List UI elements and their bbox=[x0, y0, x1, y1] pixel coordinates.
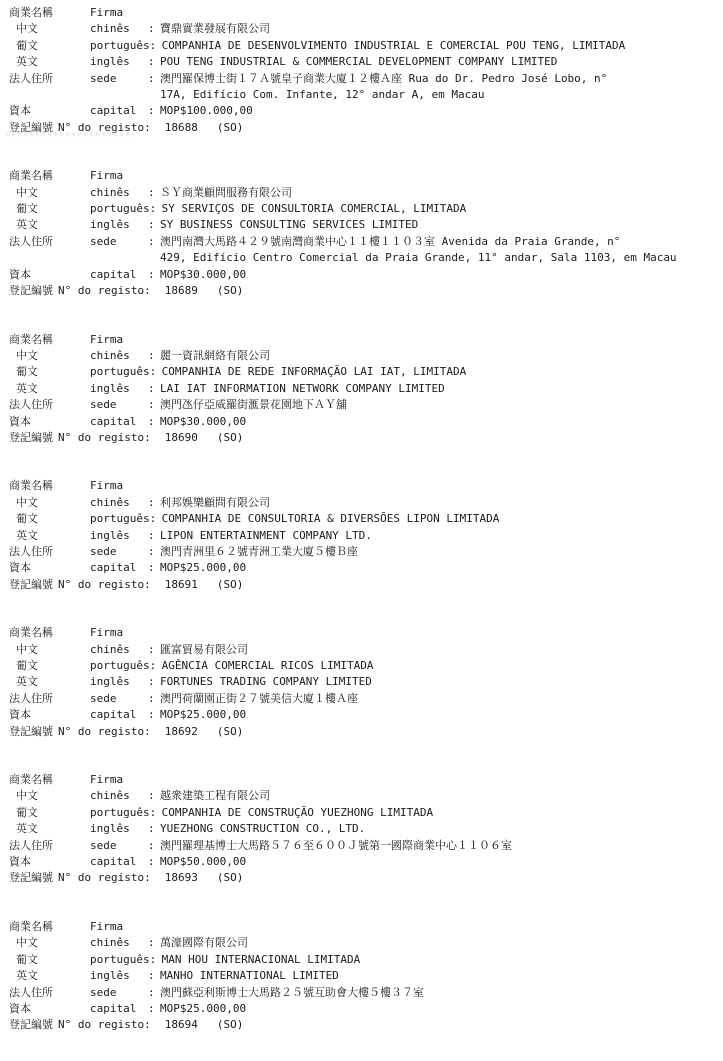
registration-number-row: 登記編號 N° do registo: 18691 (SO) bbox=[0, 577, 723, 593]
capital-row: 資本 capital : MOP$30.000,00 bbox=[0, 267, 723, 283]
label-registo-zh: 登記編號 bbox=[0, 724, 53, 740]
registered-office-address: 澳門青洲里６２號青洲工業大廈５樓Ｂ座 bbox=[160, 544, 723, 560]
company-name-english: FORTUNES TRADING COMPANY LIMITED bbox=[160, 674, 723, 690]
colon-separator: : bbox=[148, 185, 160, 201]
label-english-zh: 英文 bbox=[0, 54, 90, 70]
label-chinese-pt: chinês bbox=[90, 185, 148, 201]
company-name-chinese: 寶鼎實業發展有限公司 bbox=[160, 21, 723, 37]
label-firm-zh: 商業名稱 bbox=[0, 332, 90, 348]
capital-row: 資本 capital : MOP$25.000,00 bbox=[0, 707, 723, 723]
company-name-portuguese: COMPANHIA DE CONSTRUÇÃO YUEZHONG LIMITAD… bbox=[162, 805, 723, 821]
label-english-pt: inglês bbox=[90, 968, 148, 984]
portuguese-name-row: 葡文 português : COMPANHIA DE DESENVOLVIME… bbox=[0, 38, 723, 54]
registered-office-row: 法人住所 sede : 澳門青洲里６２號青洲工業大廈５樓Ｂ座 bbox=[0, 544, 723, 560]
gazette-page: 商業名稱 Firma 中文 chinês : 寶鼎實業發展有限公司 葡文 por… bbox=[0, 0, 723, 1034]
company-name-chinese: ＳＹ商業顧問服務有限公司 bbox=[160, 185, 723, 201]
colon-separator: : bbox=[150, 805, 162, 821]
label-sede-pt: sede bbox=[90, 397, 148, 413]
company-name-english: LAI IAT INFORMATION NETWORK COMPANY LIMI… bbox=[160, 381, 723, 397]
company-registration-entry: 商業名稱 Firma 中文 chinês : ＳＹ商業顧問服務有限公司 葡文 p… bbox=[0, 168, 723, 299]
label-registo-zh: 登記編號 bbox=[0, 577, 53, 593]
company-name-english: SY BUSINESS CONSULTING SERVICES LIMITED bbox=[160, 217, 723, 233]
label-chinese-zh: 中文 bbox=[0, 788, 90, 804]
registration-suffix: (SO) bbox=[217, 1017, 244, 1033]
company-name-english: POU TENG INDUSTRIAL & COMMERCIAL DEVELOP… bbox=[160, 54, 723, 70]
colon-separator: : bbox=[148, 788, 160, 804]
colon-separator: : bbox=[148, 838, 160, 854]
registration-suffix: (SO) bbox=[217, 120, 244, 136]
label-english-zh: 英文 bbox=[0, 674, 90, 690]
label-capital-zh: 資本 bbox=[0, 707, 90, 723]
colon-separator: : bbox=[148, 560, 160, 576]
label-capital-pt: capital bbox=[90, 1001, 148, 1017]
registration-number: 18688 bbox=[165, 120, 198, 136]
label-sede-pt: sede bbox=[90, 234, 148, 250]
company-name-portuguese: COMPANHIA DE REDE INFORMAÇÃO LAI IAT, LI… bbox=[162, 364, 723, 380]
label-registo-zh: 登記編號 bbox=[0, 283, 53, 299]
colon-separator: : bbox=[148, 71, 160, 87]
chinese-name-row: 中文 chinês : 寶鼎實業發展有限公司 bbox=[0, 21, 723, 37]
label-firm-zh: 商業名稱 bbox=[0, 5, 90, 21]
label-capital-zh: 資本 bbox=[0, 560, 90, 576]
registration-number: 18690 bbox=[165, 430, 198, 446]
capital-amount: MOP$50.000,00 bbox=[160, 854, 723, 870]
label-portuguese-pt: português bbox=[90, 658, 150, 674]
colon-separator: : bbox=[148, 642, 160, 658]
label-portuguese-zh: 葡文 bbox=[0, 511, 90, 527]
label-portuguese-zh: 葡文 bbox=[0, 38, 90, 54]
registered-office-row-continuation: 17A, Edifício Com. Infante, 12° andar A,… bbox=[0, 87, 723, 103]
label-portuguese-pt: português bbox=[90, 952, 150, 968]
label-firm-pt: Firma bbox=[90, 625, 148, 641]
english-name-row: 英文 inglês : SY BUSINESS CONSULTING SERVI… bbox=[0, 217, 723, 233]
label-capital-zh: 資本 bbox=[0, 1001, 90, 1017]
company-registration-entry: 商業名稱 Firma 中文 chinês : 萬濠國際有限公司 葡文 portu… bbox=[0, 919, 723, 1034]
label-chinese-pt: chinês bbox=[90, 788, 148, 804]
colon-separator: : bbox=[148, 234, 160, 250]
capital-amount: MOP$25.000,00 bbox=[160, 1001, 723, 1017]
label-chinese-pt: chinês bbox=[90, 348, 148, 364]
label-chinese-pt: chinês bbox=[90, 495, 148, 511]
label-portuguese-pt: português bbox=[90, 201, 150, 217]
label-chinese-zh: 中文 bbox=[0, 935, 90, 951]
label-firm-zh: 商業名稱 bbox=[0, 478, 90, 494]
label-registo-pt: N° do registo: bbox=[58, 430, 151, 446]
colon-separator: : bbox=[148, 1001, 160, 1017]
label-capital-zh: 資本 bbox=[0, 267, 90, 283]
colon-separator: : bbox=[148, 21, 160, 37]
scan-smudge-artifact bbox=[6, 132, 134, 136]
label-english-zh: 英文 bbox=[0, 821, 90, 837]
label-sede-zh: 法人住所 bbox=[0, 691, 90, 707]
colon-separator: : bbox=[148, 397, 160, 413]
label-english-zh: 英文 bbox=[0, 968, 90, 984]
firm-header-row: 商業名稱 Firma bbox=[0, 625, 723, 641]
registered-office-address: 澳門南灣大馬路４２９號南灣商業中心１１樓１１０３室 Avenida da Pra… bbox=[160, 234, 723, 250]
registration-suffix: (SO) bbox=[217, 283, 244, 299]
label-sede-zh: 法人住所 bbox=[0, 234, 90, 250]
label-registo-zh: 登記編號 bbox=[0, 870, 53, 886]
label-registo-pt: N° do registo: bbox=[58, 724, 151, 740]
registered-office-address: 澳門羅理基博士大馬路５７６至６００Ｊ號第一國際商業中心１１０６室 bbox=[160, 838, 723, 854]
label-chinese-zh: 中文 bbox=[0, 348, 90, 364]
colon-separator: : bbox=[148, 707, 160, 723]
company-registration-entry: 商業名稱 Firma 中文 chinês : 寶鼎實業發展有限公司 葡文 por… bbox=[0, 5, 723, 136]
capital-row: 資本 capital : MOP$50.000,00 bbox=[0, 854, 723, 870]
portuguese-name-row: 葡文 português : AGÊNCIA COMERCIAL RICOS L… bbox=[0, 658, 723, 674]
label-portuguese-zh: 葡文 bbox=[0, 805, 90, 821]
label-firm-zh: 商業名稱 bbox=[0, 168, 90, 184]
firm-header-row: 商業名稱 Firma bbox=[0, 919, 723, 935]
firm-header-row: 商業名稱 Firma bbox=[0, 478, 723, 494]
label-sede-pt: sede bbox=[90, 838, 148, 854]
label-chinese-zh: 中文 bbox=[0, 185, 90, 201]
label-chinese-zh: 中文 bbox=[0, 642, 90, 658]
registration-suffix: (SO) bbox=[217, 577, 244, 593]
label-capital-pt: capital bbox=[90, 267, 148, 283]
colon-separator: : bbox=[148, 674, 160, 690]
registration-number: 18689 bbox=[165, 283, 198, 299]
label-chinese-pt: chinês bbox=[90, 935, 148, 951]
company-name-english: LIPON ENTERTAINMENT COMPANY LTD. bbox=[160, 528, 723, 544]
colon-separator: : bbox=[148, 414, 160, 430]
portuguese-name-row: 葡文 português : COMPANHIA DE REDE INFORMA… bbox=[0, 364, 723, 380]
registered-office-row: 法人住所 sede : 澳門羅理基博士大馬路５７６至６００Ｊ號第一國際商業中心１… bbox=[0, 838, 723, 854]
label-firm-pt: Firma bbox=[90, 332, 148, 348]
capital-amount: MOP$25.000,00 bbox=[160, 560, 723, 576]
colon-separator: : bbox=[150, 511, 162, 527]
capital-amount: MOP$25.000,00 bbox=[160, 707, 723, 723]
registration-number: 18691 bbox=[165, 577, 198, 593]
chinese-name-row: 中文 chinês : ＳＹ商業顧問服務有限公司 bbox=[0, 185, 723, 201]
english-name-row: 英文 inglês : YUEZHONG CONSTRUCTION CO., L… bbox=[0, 821, 723, 837]
registration-number: 18692 bbox=[165, 724, 198, 740]
portuguese-name-row: 葡文 português : COMPANHIA DE CONSTRUÇÃO Y… bbox=[0, 805, 723, 821]
company-name-chinese: 利邦娛樂顧問有限公司 bbox=[160, 495, 723, 511]
registration-number-row: 登記編號 N° do registo: 18692 (SO) bbox=[0, 724, 723, 740]
colon-separator: : bbox=[148, 267, 160, 283]
english-name-row: 英文 inglês : FORTUNES TRADING COMPANY LIM… bbox=[0, 674, 723, 690]
label-capital-pt: capital bbox=[90, 103, 148, 119]
colon-separator: : bbox=[150, 952, 162, 968]
label-sede-pt: sede bbox=[90, 985, 148, 1001]
label-firm-zh: 商業名稱 bbox=[0, 772, 90, 788]
capital-row: 資本 capital : MOP$25.000,00 bbox=[0, 560, 723, 576]
english-name-row: 英文 inglês : LAI IAT INFORMATION NETWORK … bbox=[0, 381, 723, 397]
label-registo-pt: N° do registo: bbox=[58, 283, 151, 299]
label-capital-pt: capital bbox=[90, 560, 148, 576]
firm-header-row: 商業名稱 Firma bbox=[0, 5, 723, 21]
label-chinese-pt: chinês bbox=[90, 21, 148, 37]
label-capital-pt: capital bbox=[90, 414, 148, 430]
chinese-name-row: 中文 chinês : 麗一資訊網絡有限公司 bbox=[0, 348, 723, 364]
label-english-pt: inglês bbox=[90, 528, 148, 544]
colon-separator: : bbox=[148, 54, 160, 70]
label-firm-zh: 商業名稱 bbox=[0, 919, 90, 935]
label-portuguese-pt: português bbox=[90, 805, 150, 821]
label-english-pt: inglês bbox=[90, 54, 148, 70]
registration-suffix: (SO) bbox=[217, 724, 244, 740]
registered-office-address: 澳門氹仔亞威羅街滙景花園地下ＡＹ舖 bbox=[160, 397, 723, 413]
colon-separator: : bbox=[148, 854, 160, 870]
company-name-portuguese: COMPANHIA DE DESENVOLVIMENTO INDUSTRIAL … bbox=[162, 38, 723, 54]
label-portuguese-pt: português bbox=[90, 364, 150, 380]
label-portuguese-zh: 葡文 bbox=[0, 201, 90, 217]
colon-separator: : bbox=[148, 544, 160, 560]
chinese-name-row: 中文 chinês : 越衆建築工程有限公司 bbox=[0, 788, 723, 804]
label-english-zh: 英文 bbox=[0, 528, 90, 544]
registered-office-row: 法人住所 sede : 澳門氹仔亞威羅街滙景花園地下ＡＹ舖 bbox=[0, 397, 723, 413]
colon-separator: : bbox=[148, 381, 160, 397]
label-portuguese-zh: 葡文 bbox=[0, 658, 90, 674]
registered-office-address: 澳門荷蘭園正街２７號美信大廈１樓Ａ座 bbox=[160, 691, 723, 707]
chinese-name-row: 中文 chinês : 利邦娛樂顧問有限公司 bbox=[0, 495, 723, 511]
label-capital-pt: capital bbox=[90, 854, 148, 870]
label-registo-pt: N° do registo: bbox=[58, 577, 151, 593]
colon-separator: : bbox=[150, 364, 162, 380]
colon-separator: : bbox=[150, 38, 162, 54]
company-name-chinese: 越衆建築工程有限公司 bbox=[160, 788, 723, 804]
label-portuguese-pt: português bbox=[90, 38, 150, 54]
label-english-pt: inglês bbox=[90, 217, 148, 233]
colon-separator: : bbox=[148, 103, 160, 119]
colon-separator: : bbox=[148, 691, 160, 707]
registration-number-row: 登記編號 N° do registo: 18693 (SO) bbox=[0, 870, 723, 886]
label-portuguese-pt: português bbox=[90, 511, 150, 527]
registered-office-row: 法人住所 sede : 澳門荷蘭園正街２７號美信大廈１樓Ａ座 bbox=[0, 691, 723, 707]
label-capital-zh: 資本 bbox=[0, 854, 90, 870]
company-name-english: MANHO INTERNATIONAL LIMITED bbox=[160, 968, 723, 984]
english-name-row: 英文 inglês : MANHO INTERNATIONAL LIMITED bbox=[0, 968, 723, 984]
registration-suffix: (SO) bbox=[217, 870, 244, 886]
colon-separator: : bbox=[148, 528, 160, 544]
label-english-zh: 英文 bbox=[0, 381, 90, 397]
company-registration-entry: 商業名稱 Firma 中文 chinês : 匯富貿易有限公司 葡文 portu… bbox=[0, 625, 723, 740]
portuguese-name-row: 葡文 português : MAN HOU INTERNACIONAL LIM… bbox=[0, 952, 723, 968]
label-registo-pt: N° do registo: bbox=[58, 870, 151, 886]
capital-amount: MOP$30.000,00 bbox=[160, 267, 723, 283]
label-capital-zh: 資本 bbox=[0, 103, 90, 119]
colon-separator: : bbox=[148, 217, 160, 233]
registration-number-row: 登記編號 N° do registo: 18694 (SO) bbox=[0, 1017, 723, 1033]
company-name-chinese: 萬濠國際有限公司 bbox=[160, 935, 723, 951]
label-sede-pt: sede bbox=[90, 71, 148, 87]
firm-header-row: 商業名稱 Firma bbox=[0, 772, 723, 788]
registered-office-row-continuation: 429, Edifício Centro Comercial da Praia … bbox=[0, 250, 723, 266]
label-registo-zh: 登記編號 bbox=[0, 1017, 53, 1033]
label-firm-pt: Firma bbox=[90, 919, 148, 935]
company-name-portuguese: COMPANHIA DE CONSULTORIA & DIVERSÕES LIP… bbox=[162, 511, 723, 527]
label-portuguese-zh: 葡文 bbox=[0, 952, 90, 968]
colon-separator: : bbox=[148, 495, 160, 511]
label-firm-zh: 商業名稱 bbox=[0, 625, 90, 641]
company-name-portuguese: AGÊNCIA COMERCIAL RICOS LIMITADA bbox=[162, 658, 723, 674]
registration-number-row: 登記編號 N° do registo: 18689 (SO) bbox=[0, 283, 723, 299]
company-name-chinese: 匯富貿易有限公司 bbox=[160, 642, 723, 658]
colon-separator: : bbox=[150, 201, 162, 217]
label-registo-zh: 登記編號 bbox=[0, 430, 53, 446]
registration-suffix: (SO) bbox=[217, 430, 244, 446]
colon-separator: : bbox=[148, 985, 160, 1001]
label-sede-pt: sede bbox=[90, 691, 148, 707]
company-registration-entry: 商業名稱 Firma 中文 chinês : 利邦娛樂顧問有限公司 葡文 por… bbox=[0, 478, 723, 593]
label-sede-zh: 法人住所 bbox=[0, 838, 90, 854]
registered-office-row: 法人住所 sede : 澳門羅保博士街１７Ａ號皇子商業大廈１２樓Ａ座 Rua d… bbox=[0, 71, 723, 87]
company-name-portuguese: MAN HOU INTERNACIONAL LIMITADA bbox=[162, 952, 723, 968]
label-english-pt: inglês bbox=[90, 821, 148, 837]
company-registration-entry: 商業名稱 Firma 中文 chinês : 麗一資訊網絡有限公司 葡文 por… bbox=[0, 332, 723, 447]
label-sede-zh: 法人住所 bbox=[0, 397, 90, 413]
label-portuguese-zh: 葡文 bbox=[0, 364, 90, 380]
firm-header-row: 商業名稱 Firma bbox=[0, 332, 723, 348]
registered-office-address: 澳門蘇亞利斯博士大馬路２５號互助會大樓５樓３７室 bbox=[160, 985, 723, 1001]
label-firm-pt: Firma bbox=[90, 478, 148, 494]
colon-separator: : bbox=[148, 968, 160, 984]
label-capital-zh: 資本 bbox=[0, 414, 90, 430]
colon-separator: : bbox=[148, 348, 160, 364]
capital-amount: MOP$100.000,00 bbox=[160, 103, 723, 119]
colon-separator: : bbox=[150, 658, 162, 674]
capital-row: 資本 capital : MOP$100.000,00 bbox=[0, 103, 723, 119]
company-name-chinese: 麗一資訊網絡有限公司 bbox=[160, 348, 723, 364]
portuguese-name-row: 葡文 português : COMPANHIA DE CONSULTORIA … bbox=[0, 511, 723, 527]
company-registration-entry: 商業名稱 Firma 中文 chinês : 越衆建築工程有限公司 葡文 por… bbox=[0, 772, 723, 887]
registration-number: 18694 bbox=[165, 1017, 198, 1033]
registered-office-address: 澳門羅保博士街１７Ａ號皇子商業大廈１２樓Ａ座 Rua do Dr. Pedro … bbox=[160, 71, 723, 87]
label-registo-pt: N° do registo: bbox=[58, 1017, 151, 1033]
label-english-zh: 英文 bbox=[0, 217, 90, 233]
label-firm-pt: Firma bbox=[90, 168, 148, 184]
label-capital-pt: capital bbox=[90, 707, 148, 723]
label-chinese-zh: 中文 bbox=[0, 495, 90, 511]
label-english-pt: inglês bbox=[90, 381, 148, 397]
registration-number-row: 登記編號 N° do registo: 18690 (SO) bbox=[0, 430, 723, 446]
firm-header-row: 商業名稱 Firma bbox=[0, 168, 723, 184]
chinese-name-row: 中文 chinês : 匯富貿易有限公司 bbox=[0, 642, 723, 658]
registered-office-address-continued: 429, Edifício Centro Comercial da Praia … bbox=[160, 250, 723, 266]
registered-office-row: 法人住所 sede : 澳門南灣大馬路４２９號南灣商業中心１１樓１１０３室 Av… bbox=[0, 234, 723, 250]
label-firm-pt: Firma bbox=[90, 772, 148, 788]
company-name-english: YUEZHONG CONSTRUCTION CO., LTD. bbox=[160, 821, 723, 837]
label-sede-zh: 法人住所 bbox=[0, 985, 90, 1001]
capital-row: 資本 capital : MOP$25.000,00 bbox=[0, 1001, 723, 1017]
label-chinese-zh: 中文 bbox=[0, 21, 90, 37]
label-sede-zh: 法人住所 bbox=[0, 544, 90, 560]
english-name-row: 英文 inglês : POU TENG INDUSTRIAL & COMMER… bbox=[0, 54, 723, 70]
registered-office-address-continued: 17A, Edifício Com. Infante, 12° andar A,… bbox=[160, 87, 723, 103]
label-sede-zh: 法人住所 bbox=[0, 71, 90, 87]
chinese-name-row: 中文 chinês : 萬濠國際有限公司 bbox=[0, 935, 723, 951]
portuguese-name-row: 葡文 português : SY SERVIÇOS DE CONSULTORI… bbox=[0, 201, 723, 217]
colon-separator: : bbox=[148, 821, 160, 837]
capital-amount: MOP$30.000,00 bbox=[160, 414, 723, 430]
registered-office-row: 法人住所 sede : 澳門蘇亞利斯博士大馬路２５號互助會大樓５樓３７室 bbox=[0, 985, 723, 1001]
label-chinese-pt: chinês bbox=[90, 642, 148, 658]
label-firm-pt: Firma bbox=[90, 5, 148, 21]
registration-number: 18693 bbox=[165, 870, 198, 886]
label-sede-pt: sede bbox=[90, 544, 148, 560]
english-name-row: 英文 inglês : LIPON ENTERTAINMENT COMPANY … bbox=[0, 528, 723, 544]
label-english-pt: inglês bbox=[90, 674, 148, 690]
colon-separator: : bbox=[148, 935, 160, 951]
capital-row: 資本 capital : MOP$30.000,00 bbox=[0, 414, 723, 430]
company-name-portuguese: SY SERVIÇOS DE CONSULTORIA COMERCIAL, LI… bbox=[162, 201, 723, 217]
